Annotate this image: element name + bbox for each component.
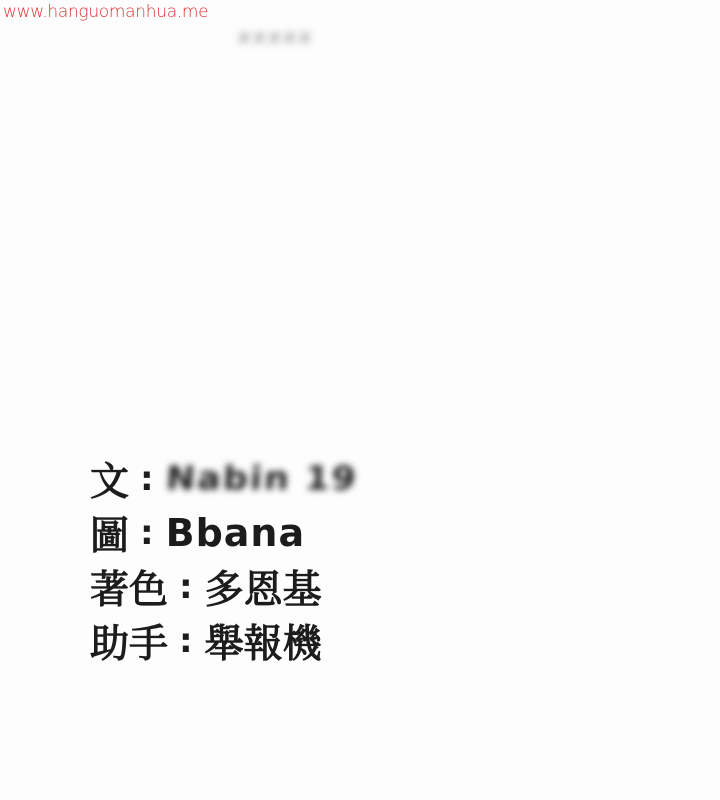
credit-role-colorist: 著色	[90, 559, 168, 615]
credit-line-writer: 文 : Nabin 19	[90, 452, 357, 506]
credit-colon: :	[140, 459, 154, 499]
credit-colon: :	[140, 513, 154, 553]
credit-role-artist: 圖	[90, 505, 129, 561]
credit-name-assistant: 舉報機	[205, 613, 322, 669]
censored-smudge: xxxxx	[237, 26, 315, 48]
credit-line-assistant: 助手 : 舉報機	[90, 614, 357, 668]
credit-line-colorist: 著色 : 多恩基	[90, 560, 357, 614]
site-watermark: www.hanguomanhua.me	[3, 2, 208, 22]
credit-name-colorist: 多恩基	[205, 559, 322, 615]
credit-role-assistant: 助手	[90, 613, 168, 669]
credit-colon: :	[179, 621, 193, 661]
credit-name-writer-censored: Nabin 19	[165, 460, 359, 498]
credit-colon: :	[179, 567, 193, 607]
credits-block: 文 : Nabin 19 圖 : Bbana 著色 : 多恩基 助手 : 舉報機	[90, 452, 357, 668]
credit-name-artist: Bbana	[166, 511, 306, 555]
credit-role-writer: 文	[90, 451, 129, 507]
credit-line-artist: 圖 : Bbana	[90, 506, 357, 560]
comic-credits-page: www.hanguomanhua.me xxxxx 文 : Nabin 19 圖…	[0, 0, 720, 800]
